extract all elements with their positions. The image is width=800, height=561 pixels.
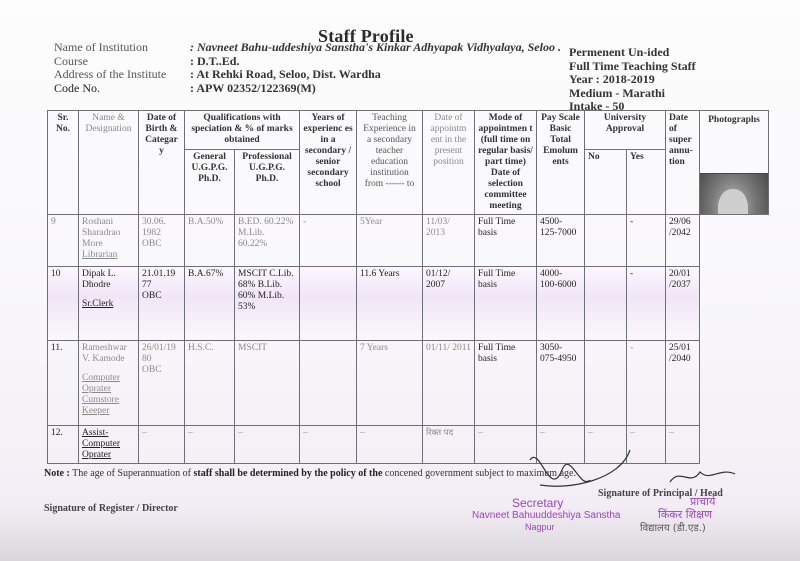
label-code-no: Code No. xyxy=(54,82,166,96)
cell-years-exp xyxy=(300,267,357,341)
header-sr-no: Sr. No. xyxy=(48,111,79,215)
header-general-qualification: General U.G.P.G. Ph.D. xyxy=(185,149,235,214)
institution-meta-values: : Navneet Bahu-uddeshiya Sanstha's Kinka… xyxy=(190,41,561,95)
cell-approval-no xyxy=(585,341,627,426)
cell-date-appointment: रिक्त पद xyxy=(423,426,475,464)
cell-teaching-exp: 11.6 Years xyxy=(357,267,423,341)
photographs-column: Photographs प्राचार्य किंकर शिक्षण xyxy=(700,111,769,215)
cell-name-designation: Roshani Sharadrao More Librarian xyxy=(79,215,139,267)
cell-dob-category: 30.06. 1982 OBC xyxy=(139,215,185,267)
cell-mode: Full Time basis xyxy=(475,267,537,341)
table-row: 9 Roshani Sharadrao More Librarian 30.06… xyxy=(48,215,769,267)
cell-approval-yes: - xyxy=(627,267,666,341)
cell-name-designation: Assist- Computer Oprater xyxy=(79,426,139,464)
cell-sr-no: 9 xyxy=(48,215,79,267)
secretary-signature xyxy=(500,440,640,510)
header-approval-yes: Yes xyxy=(627,149,666,214)
stamp-sanstha: Navneet Bahuuddeshiya Sanstha xyxy=(472,510,620,521)
header-university-approval: University Approval xyxy=(585,111,666,150)
staff-profile-table: Sr. No. Name & Designation Date of Birth… xyxy=(47,110,769,464)
header-qualifications: Qualifications with speciation & % of ma… xyxy=(185,111,300,150)
stamp-city: Nagpur xyxy=(525,522,555,532)
cell-years-exp: – xyxy=(300,426,357,464)
cell-mode: Full Time basis xyxy=(475,341,537,426)
header-dob-category: Date of Birth & Categar y xyxy=(139,111,185,215)
info-year: Year : 2018-2019 xyxy=(569,73,696,87)
value-code-no: : APW 02352/122369(M) xyxy=(190,82,561,96)
cell-dob-category: – xyxy=(139,426,185,464)
cell-superannuation: 29/06 /2042 xyxy=(666,215,700,267)
dob: 21.01.19 77 xyxy=(142,269,181,291)
cell-approval-no xyxy=(585,267,627,341)
header-years-experience: Years of experienc es in a secondary / s… xyxy=(300,111,357,215)
principal-signature xyxy=(665,462,745,492)
cell-general: H.S.C. xyxy=(185,341,235,426)
cell-approval-no xyxy=(585,215,627,267)
label-institution-name: Name of Institution xyxy=(54,41,166,55)
cell-dob-category: 21.01.19 77 OBC xyxy=(139,267,185,341)
info-aid-status: Permenent Un-ided xyxy=(569,46,696,60)
cell-mode: Full Time basis xyxy=(475,215,537,267)
cell-superannuation: – xyxy=(666,426,700,464)
dob: 26/01/19 80 xyxy=(142,343,181,365)
category: OBC xyxy=(142,291,181,302)
cell-date-appointment: 11/03/ 2013 xyxy=(423,215,475,267)
cell-approval-yes: - xyxy=(627,341,666,426)
cell-professional: – xyxy=(235,426,300,464)
value-address: : At Rehki Road, Seloo, Dist. Wardha xyxy=(190,68,561,82)
header-professional-qualification: Professional U.G.P.G. Ph.D. xyxy=(235,149,300,214)
cell-professional: B.ED. 60.22% M.Lib. 60.22% xyxy=(235,215,300,267)
category: OBC xyxy=(142,239,181,250)
cell-superannuation: 25/01 /2040 xyxy=(666,341,700,426)
table-row: 12. Assist- Computer Oprater – – – – – र… xyxy=(48,426,769,464)
header-mode-appointment: Mode of appointmen t (full time on regul… xyxy=(475,111,537,215)
photo-staff-9 xyxy=(700,173,769,215)
header-date-appointment: Date of appointm ent in the present posi… xyxy=(423,111,475,215)
staff-designation: Computer Oprater Cumstore Keeper xyxy=(82,373,135,417)
cell-teaching-exp: 5Year xyxy=(357,215,423,267)
signature-register-director: Signature of Register / Director xyxy=(44,503,178,514)
cell-general: B.A.67% xyxy=(185,267,235,341)
header-photographs: Photographs xyxy=(700,111,768,130)
header-pay-scale: Pay Scale Basic Total Emolum ents xyxy=(537,111,585,215)
cell-general: B.A.50% xyxy=(185,215,235,267)
cell-approval-yes: - xyxy=(627,215,666,267)
note-text: The age of Superannuation of xyxy=(70,468,194,479)
cell-superannuation: 20/01 /2037 xyxy=(666,267,700,341)
stamp-principal-college: विद्यालय (डी.एड.) xyxy=(640,520,706,534)
label-address: Address of the Institute xyxy=(54,68,166,82)
cell-name-designation: Dipak L. Dhodre Sr.Clerk xyxy=(79,267,139,341)
cell-date-appointment: 01/12/ 2007 xyxy=(423,267,475,341)
header-teaching-experience: Teaching Experience in a secondary teach… xyxy=(357,111,423,215)
category: OBC xyxy=(142,365,181,376)
staff-name: Roshani Sharadrao More xyxy=(82,217,135,250)
note-prefix: Note : xyxy=(44,468,70,479)
superannuation-note: Note : The age of Superannuation of staf… xyxy=(44,468,576,479)
staff-name: Rameshwar V. Kamode xyxy=(82,343,135,365)
photo-face xyxy=(718,189,749,214)
table-row: 11. Rameshwar V. Kamode Computer Oprater… xyxy=(48,341,769,426)
info-staff-type: Full Time Teaching Staff xyxy=(569,60,696,74)
cell-name-designation: Rameshwar V. Kamode Computer Oprater Cum… xyxy=(79,341,139,426)
table-row: 10 Dipak L. Dhodre Sr.Clerk 21.01.19 77 … xyxy=(48,267,769,341)
cell-date-appointment: 01/11/ 2011 xyxy=(423,341,475,426)
staff-designation: Assist- Computer Oprater xyxy=(82,428,135,461)
value-course: : D.T..Ed. xyxy=(190,55,561,69)
cell-years-exp: - xyxy=(300,215,357,267)
value-institution-name: : Navneet Bahu-uddeshiya Sanstha's Kinka… xyxy=(190,41,561,55)
cell-professional: MSCIT C.Lib. 68% B.Lib. 60% M.Lib. 53% xyxy=(235,267,300,341)
label-course: Course xyxy=(54,55,166,69)
cell-sr-no: 10 xyxy=(48,267,79,341)
staff-designation: Librarian xyxy=(82,250,135,261)
cell-pay-scale: 4500- 125-7000 xyxy=(537,215,585,267)
staff-designation: Sr.Clerk xyxy=(82,299,135,310)
cell-professional: MSCIT xyxy=(235,341,300,426)
header-name-designation: Name & Designation xyxy=(79,111,139,215)
info-medium: Medium - Marathi xyxy=(569,87,696,101)
header-approval-no: No xyxy=(585,149,627,214)
cell-sr-no: 12. xyxy=(48,426,79,464)
cell-teaching-exp: – xyxy=(357,426,423,464)
staff-name: Dipak L. Dhodre xyxy=(82,269,135,291)
cell-pay-scale: 3050- 075-4950 xyxy=(537,341,585,426)
cell-sr-no: 11. xyxy=(48,341,79,426)
cell-pay-scale: 4000- 100-6000 xyxy=(537,267,585,341)
note-bold: staff shall be determined by the policy … xyxy=(194,468,383,479)
cell-general: – xyxy=(185,426,235,464)
cell-years-exp xyxy=(300,341,357,426)
cell-dob-category: 26/01/19 80 OBC xyxy=(139,341,185,426)
institution-meta-labels: Name of Institution Course Address of th… xyxy=(54,41,166,95)
cell-teaching-exp: 7 Years xyxy=(357,341,423,426)
header-superannuation: Date of super annu- tion xyxy=(666,111,700,215)
staff-category-info: Permenent Un-ided Full Time Teaching Sta… xyxy=(569,46,696,114)
dob: 30.06. 1982 xyxy=(142,217,181,239)
